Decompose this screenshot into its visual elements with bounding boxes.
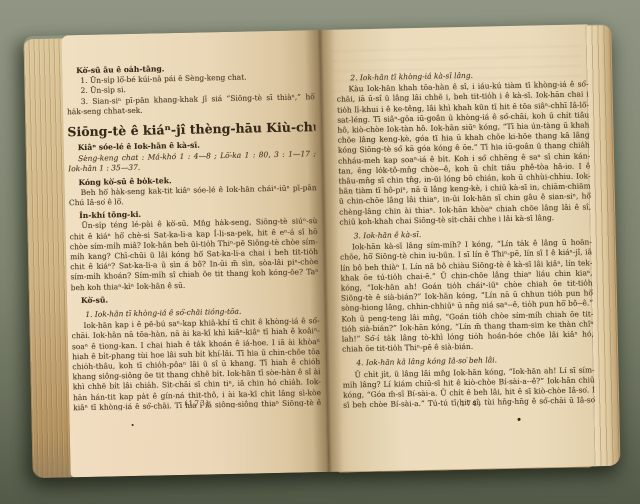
paper-speck [518, 418, 521, 421]
desk-surface: Kò͘-sū āu ê oa̍h-tāng.1. Ūn-si̍p lō͘-bé … [0, 0, 640, 504]
paragraph: Iok-hān kà-sī lâng sím-mi̍h? I kóng, “Lí… [340, 238, 594, 355]
activity-list-item: 3. Sian-siⁿ pī-pān khang-khak jī siá “Si… [67, 92, 315, 118]
section-heading: Kò͘-sū. [71, 291, 319, 306]
right-page-text: 2. Iok-hān tī khòng-iá kà-sī lâng.Kàu Io… [336, 64, 595, 409]
scripture-reference: Sèng-keng chat : Má-khó 1 : 4—8 ; Lō͘-ka… [68, 149, 316, 175]
paragraph: Kàu Iok-hān khah tōa-hàn ê sî, i iáu-kú … [337, 80, 592, 228]
paper-speck [132, 424, 134, 426]
paragraph: Ūn-si̍p téng lé-pài ê kò͘-sū. Mn̄g ha̍k-… [69, 217, 318, 294]
lesson-title: Siōng-tè ê kiáⁿ-jî thèng-hāu Kiù-chú (6) [67, 119, 315, 139]
paragraph: Beh hō͘ ha̍k-seng kak-tit kiâⁿ sóe-lé ê … [69, 183, 317, 209]
left-page-text: Kò͘-sū āu ê oa̍h-tāng.1. Ūn-si̍p lō͘-bé … [66, 58, 321, 411]
open-book: Kò͘-sū āu ê oa̍h-tāng.1. Ūn-si̍p lō͘-bé … [23, 24, 620, 478]
